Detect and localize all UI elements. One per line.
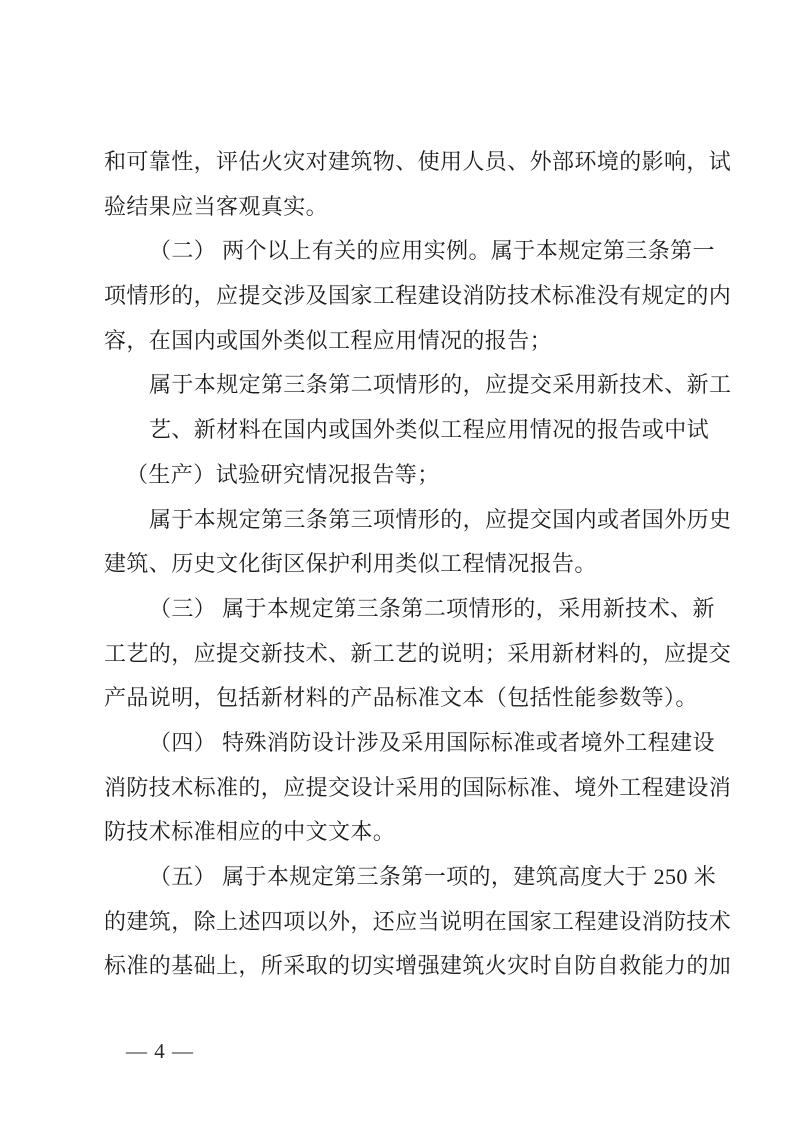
document-body: 和可靠性，评估火灾对建筑物、使用人员、外部环境的影响，试 验结果应当客观真实。 … (104, 140, 744, 989)
text-line: 的建筑，除上述四项以外，还应当说明在国家工程建设消防技术 (104, 900, 744, 945)
document-page: 和可靠性，评估火灾对建筑物、使用人员、外部环境的影响，试 验结果应当客观真实。 … (0, 0, 793, 1122)
text-line: 艺、新材料在国内或国外类似工程应用情况的报告或中试 (104, 408, 744, 453)
text-line: 建筑、历史文化街区保护利用类似工程情况报告。 (104, 542, 744, 587)
text-line: 容，在国内或国外类似工程应用情况的报告； (104, 319, 744, 364)
text-line: （三） 属于本规定第三条第二项情形的，采用新技术、新 (104, 587, 744, 632)
text-line: 验结果应当客观真实。 (104, 185, 744, 230)
text-line: 属于本规定第三条第二项情形的，应提交采用新技术、新工 (104, 363, 744, 408)
text-line: （五） 属于本规定第三条第一项的，建筑高度大于 250 米 (104, 855, 744, 900)
text-line: 和可靠性，评估火灾对建筑物、使用人员、外部环境的影响，试 (104, 140, 744, 185)
text-line: 产品说明，包括新材料的产品标准文本（包括性能参数等）。 (104, 676, 744, 721)
text-line: 项情形的，应提交涉及国家工程建设消防技术标准没有规定的内 (104, 274, 744, 319)
text-line: 消防技术标准的，应提交设计采用的国际标准、境外工程建设消 (104, 766, 744, 811)
text-line: （二） 两个以上有关的应用实例。属于本规定第三条第一 (104, 229, 744, 274)
text-line: （四） 特殊消防设计涉及采用国际标准或者境外工程建设 (104, 721, 744, 766)
text-line: 属于本规定第三条第三项情形的，应提交国内或者国外历史 (104, 498, 744, 543)
text-line: 防技术标准相应的中文文本。 (104, 810, 744, 855)
text-line: （生产）试验研究情况报告等； (104, 453, 744, 498)
text-line: 工艺的，应提交新技术、新工艺的说明；采用新材料的，应提交 (104, 632, 744, 677)
page-number: — 4 — (126, 1036, 194, 1066)
text-line: 标准的基础上，所采取的切实增强建筑火灾时自防自救能力的加 (104, 944, 744, 989)
